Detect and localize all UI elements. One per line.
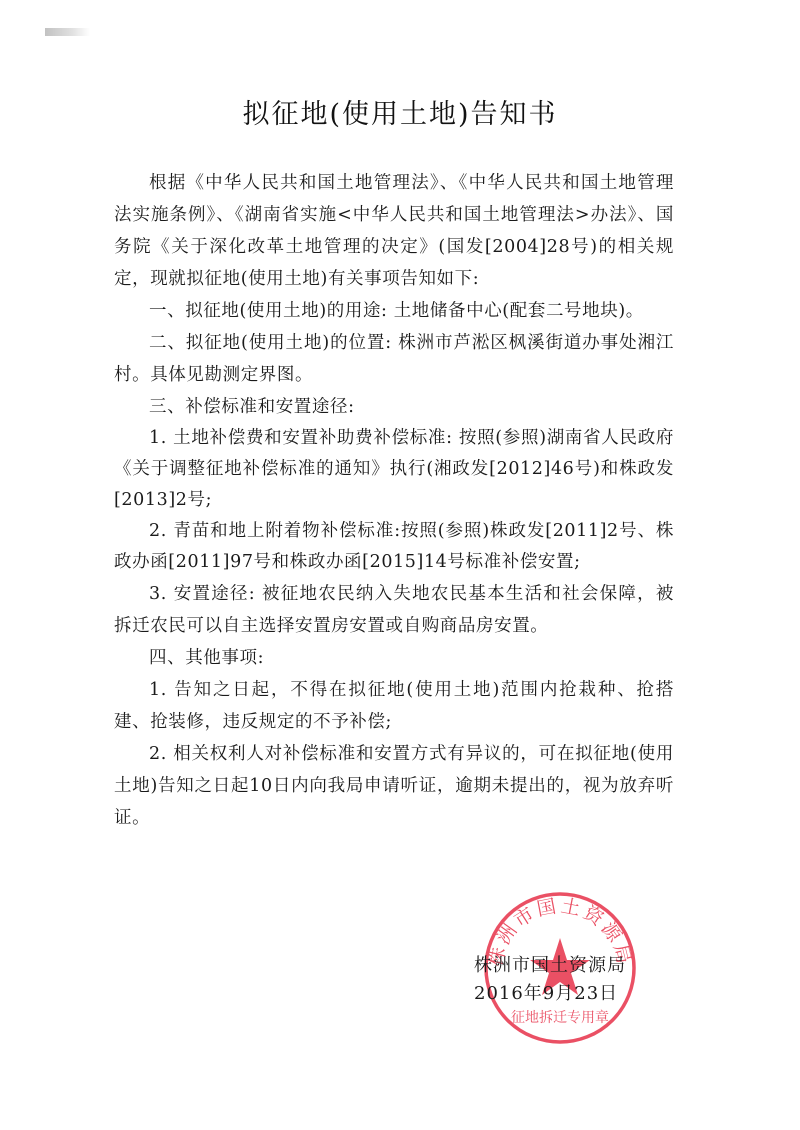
document-body: 根据《中华人民共和国土地管理法》、《中华人民共和国土地管理法实施条例》、《湖南省… <box>114 167 674 834</box>
section-1-purpose: 一、拟征地(使用土地)的用途: 土地储备中心(配套二号地块)。 <box>114 295 674 327</box>
section-3-item-2: 2. 青苗和地上附着物补偿标准:按照(参照)株政发[2011]2号、株政办函[2… <box>114 516 674 578</box>
section-4-item-2: 2. 相关权利人对补偿标准和安置方式有异议的，可在拟征地(使用土地)告知之日起1… <box>114 738 674 834</box>
signature-block: 株洲市国土资源局 2016年9月23日 <box>474 952 626 1008</box>
scan-artifact <box>45 28 90 36</box>
section-4-heading: 四、其他事项: <box>114 642 674 674</box>
section-4-item-1: 1. 告知之日起，不得在拟征地(使用土地)范围内抢栽种、抢搭建、抢装修，违反规定… <box>114 674 674 738</box>
issuer-name: 株洲市国土资源局 <box>474 952 626 980</box>
section-3-heading: 三、补偿标准和安置途径: <box>114 391 674 423</box>
document-title: 拟征地(使用土地)告知书 <box>0 92 800 131</box>
section-3-item-3: 3. 安置途径: 被征地农民纳入失地农民基本生活和社会保障，被拆迁农民可以自主选… <box>114 578 674 642</box>
svg-text:征地拆迁专用章: 征地拆迁专用章 <box>511 1009 609 1026</box>
issue-date: 2016年9月23日 <box>474 980 626 1008</box>
preamble-paragraph: 根据《中华人民共和国土地管理法》、《中华人民共和国土地管理法实施条例》、《湖南省… <box>114 167 674 295</box>
section-3-item-1: 1. 土地补偿费和安置补助费补偿标准: 按照(参照)湖南省人民政府《关于调整征地… <box>114 423 674 516</box>
section-2-location: 二、拟征地(使用土地)的位置: 株洲市芦淞区枫溪街道办事处湘江村。具体见勘测定界… <box>114 327 674 391</box>
